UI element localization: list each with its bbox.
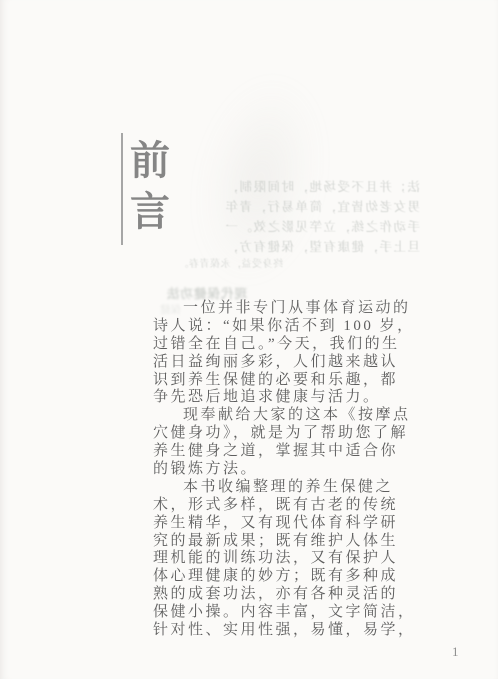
page-number: 1 (452, 644, 460, 660)
bleedthrough-line: 手动作之练，立竿见影之效。一 (224, 217, 420, 235)
body-line: 保健小操。内容丰富，文字简洁， (153, 604, 416, 622)
body-line: 活日益绚丽多彩，人们越来越认 (153, 354, 416, 372)
body-line: 争先恐后地追求健康与活力。 (153, 389, 416, 407)
body-line: 养生健身之道，掌握其中适合你 (153, 443, 416, 461)
body-line: 一位并非专门从事体育运动的 (153, 300, 416, 318)
body-line: 穴健身功》，就是为了帮助您了解 (153, 425, 416, 443)
title-char: 前 (130, 136, 170, 187)
body-line: 过错全在自己。”今天，我们的生 (153, 336, 416, 354)
body-line: 诗人说：“如果你活不到 100 岁， (153, 318, 416, 336)
body-line: 体心理健康的妙方；既有多种成 (153, 568, 416, 586)
body-line: 识到养生保健的必要和乐趣，都 (153, 372, 416, 390)
body-line: 究的最新成果；既有维护人体生 (153, 533, 416, 551)
preface-body: 一位并非专门从事体育运动的诗人说：“如果你活不到 100 岁，过错全在自己。”今… (153, 300, 416, 640)
bleedthrough-line: 终身受益，永葆青春。 (178, 255, 283, 270)
title-char: 言 (130, 187, 170, 238)
bleedthrough-line: 法；并且不受场地，时间限制， (224, 177, 420, 195)
body-line: 术，形式多样，既有古老的传统 (153, 497, 416, 515)
body-line: 针对性、实用性强，易懂，易学， (153, 622, 416, 640)
body-line: 理机能的训练功法，又有保护人 (153, 550, 416, 568)
body-line: 熟的成套功法，亦有各种灵活的 (153, 586, 416, 604)
page-title: 前 言 (130, 136, 170, 238)
bleedthrough-line: 旦上手，健康有望，保健有方， (224, 237, 420, 255)
body-line: 的锻炼方法。 (153, 461, 416, 479)
body-line: 本书收编整理的养生保健之 (153, 479, 416, 497)
body-line: 现奉献给大家的这本《按摩点 (153, 407, 416, 425)
title-rule (121, 133, 123, 245)
book-page: 现代保健功法 保健 法；并且不受场地，时间限制，男女老幼皆宜，简单易行，青年手动… (0, 0, 498, 679)
bleedthrough-line: 男女老幼皆宜，简单易行，青年 (224, 197, 420, 215)
body-line: 养生精华，又有现代体育科学研 (153, 515, 416, 533)
